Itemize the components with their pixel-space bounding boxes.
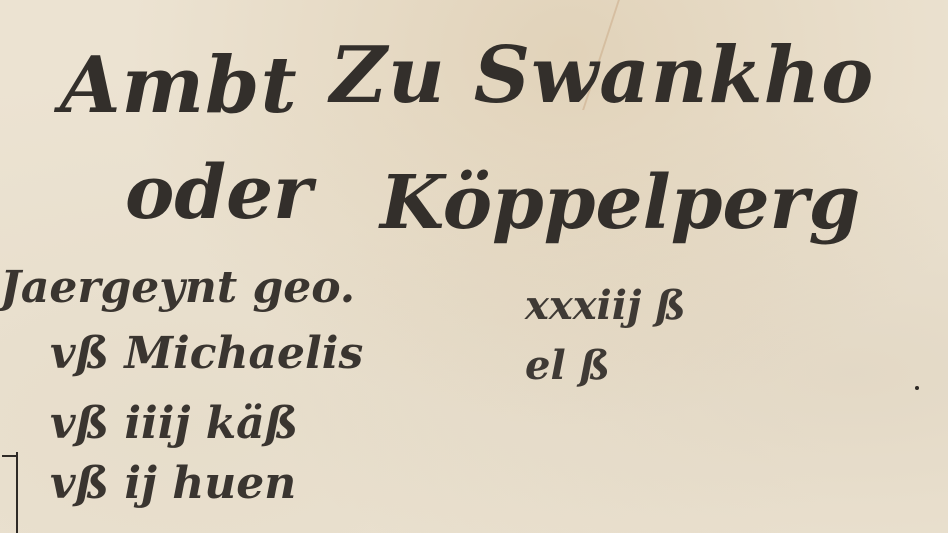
entry-text: vß iiij käß [50,398,298,449]
heading-word-zu-swankho: Zu Swankho [330,30,874,121]
entry-value: xxxiij ß [525,282,686,329]
margin-rule [16,452,18,533]
heading-word-oder: oder [125,150,312,236]
margin-tick [2,455,18,457]
heading-word-ambt: Ambt [60,40,298,131]
heading-word-koeppelperg: Köppelperg [380,160,860,246]
entry-text: vß Michaelis [50,328,363,379]
entry-text: vß ij huen [50,458,296,509]
entry-value: el ß [525,342,610,389]
ink-speck [915,386,919,390]
entry-text: Jaergeynt geo. [0,262,355,313]
